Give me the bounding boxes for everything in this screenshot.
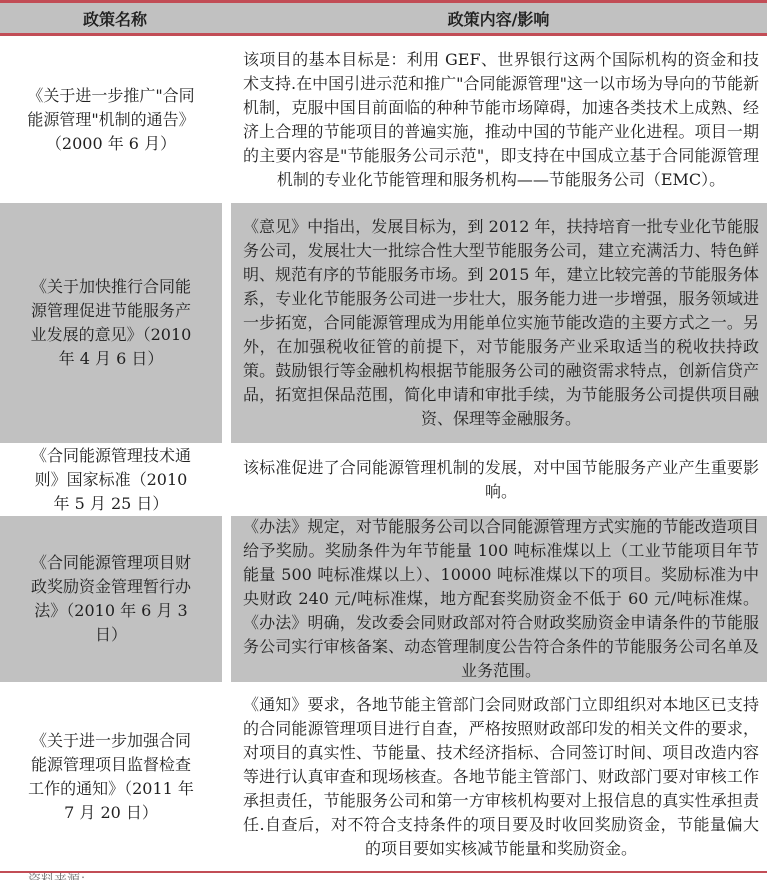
policy-content-text: 《通知》要求，各地节能主管部门会同财政部门立即组织对本地区已支持的合同能源管理项… — [231, 693, 767, 861]
policy-name-cell: 《关于进一步推广"合同能源管理"机制的通告》（2000 年 6 月） — [0, 36, 222, 203]
policy-name-cell: 《关于加快推行合同能源管理促进节能服务产业发展的意见》（2010 年 4 月 6… — [0, 203, 222, 443]
table-row: 《关于进一步推广"合同能源管理"机制的通告》（2000 年 6 月） 该项目的基… — [0, 36, 767, 203]
table-row: 《关于加快推行合同能源管理促进节能服务产业发展的意见》（2010 年 4 月 6… — [0, 203, 767, 443]
policy-name-text: 《关于进一步加强合同能源管理项目监督检查工作的通知》（2011 年 7 月 20… — [27, 729, 195, 825]
header-policy-name: 政策名称 — [0, 7, 230, 30]
table-row: 《合同能源管理技术通则》国家标准（2010 年 5 月 25 日） 该标准促进了… — [0, 443, 767, 516]
policy-content-text: 该标准促进了合同能源管理机制的发展，对中国节能服务产业产生重要影响。 — [231, 456, 767, 504]
policy-table-page: 政策名称 政策内容/影响 《关于进一步推广"合同能源管理"机制的通告》（2000… — [0, 0, 767, 880]
policy-name-text: 《合同能源管理项目财政奖励资金管理暂行办法》（2010 年 6 月 3 日） — [27, 551, 195, 647]
policy-content-cell: 该项目的基本目标是：利用 GEF、世界银行这两个国际机构的资金和技术支持.在中国… — [231, 36, 767, 203]
table-row: 《合同能源管理项目财政奖励资金管理暂行办法》（2010 年 6 月 3 日） 《… — [0, 516, 767, 682]
policy-name-text: 《关于进一步推广"合同能源管理"机制的通告》（2000 年 6 月） — [27, 84, 195, 156]
policy-name-text: 《合同能源管理技术通则》国家标准（2010 年 5 月 25 日） — [27, 444, 195, 516]
policy-content-cell: 该标准促进了合同能源管理机制的发展，对中国节能服务产业产生重要影响。 — [231, 443, 767, 516]
policy-content-text: 该项目的基本目标是：利用 GEF、世界银行这两个国际机构的资金和技术支持.在中国… — [231, 48, 767, 192]
policy-content-cell: 《意见》中指出，发展目标为，到 2012 年，扶持培育一批专业化节能服务公司，发… — [231, 203, 767, 443]
source-note-label: 资料来源： — [28, 873, 93, 880]
header-policy-content: 政策内容/影响 — [230, 7, 767, 30]
policy-content-text: 《办法》规定，对节能服务公司以合同能源管理方式实施的节能改造项目给予奖励。奖励条… — [231, 515, 767, 683]
policy-content-cell: 《办法》规定，对节能服务公司以合同能源管理方式实施的节能改造项目给予奖励。奖励条… — [231, 516, 767, 682]
source-note: 资料来源： — [0, 873, 767, 880]
policy-name-text: 《关于加快推行合同能源管理促进节能服务产业发展的意见》（2010 年 4 月 6… — [27, 275, 195, 371]
policy-name-cell: 《合同能源管理项目财政奖励资金管理暂行办法》（2010 年 6 月 3 日） — [0, 516, 222, 682]
policy-content-text: 《意见》中指出，发展目标为，到 2012 年，扶持培育一批专业化节能服务公司，发… — [231, 215, 767, 431]
policy-name-cell: 《合同能源管理技术通则》国家标准（2010 年 5 月 25 日） — [0, 443, 222, 516]
policy-name-cell: 《关于进一步加强合同能源管理项目监督检查工作的通知》（2011 年 7 月 20… — [0, 682, 222, 871]
table-header-row: 政策名称 政策内容/影响 — [0, 3, 767, 33]
table-row: 《关于进一步加强合同能源管理项目监督检查工作的通知》（2011 年 7 月 20… — [0, 682, 767, 871]
policy-content-cell: 《通知》要求，各地节能主管部门会同财政部门立即组织对本地区已支持的合同能源管理项… — [231, 682, 767, 871]
